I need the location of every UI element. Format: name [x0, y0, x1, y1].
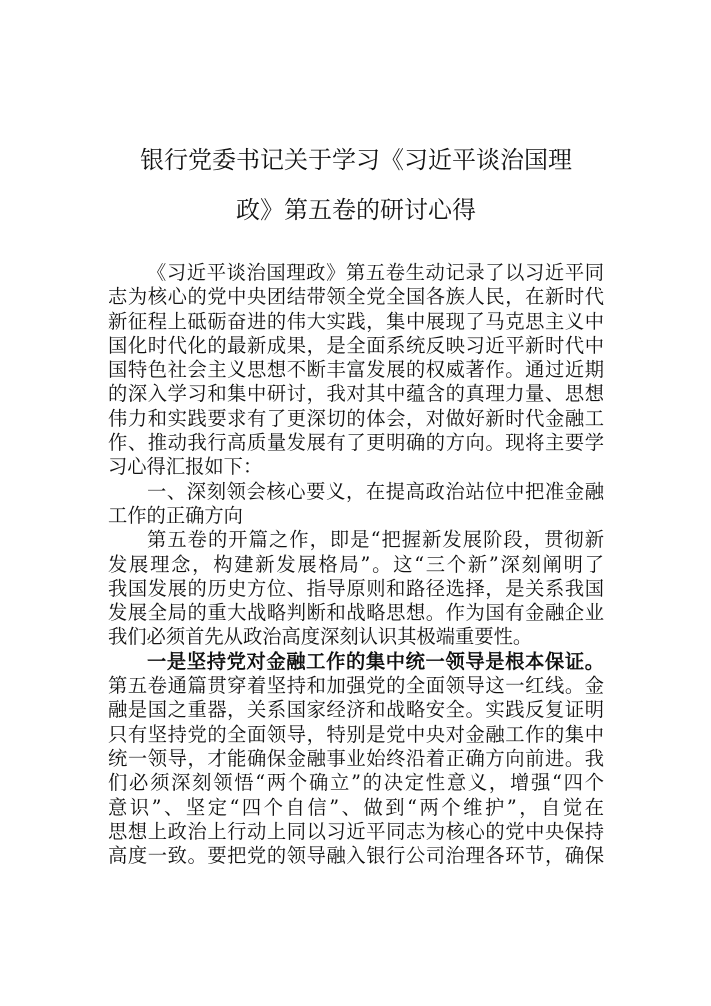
paragraph-line: 习心得汇报如下： [108, 455, 604, 479]
paragraph-line: 融是国之重器，关系国家经济和战略安全。实践反复证明 [108, 698, 604, 722]
paragraph-line: 第五卷的开篇之作，即是“把握新发展阶段，贯彻新 [108, 528, 604, 552]
document-body: 《习近平谈治国理政》第五卷生动记录了以习近平同志为核心的党中央团结带领全党全国各… [108, 261, 604, 868]
paragraph-line: 《习近平谈治国理政》第五卷生动记录了以习近平同 [108, 261, 604, 285]
paragraph-line: 发展全局的重大战略判断和战略思想。作为国有金融企业 [108, 601, 604, 625]
bold-lead-sentence: 一是坚持党对金融工作的集中统一领导是根本保证。 [108, 650, 604, 674]
paragraph-line: 们必须深刻领悟“两个确立”的决定性意义，增强“四个 [108, 771, 604, 795]
paragraph-line: 新征程上砥砺奋进的伟大实践，集中展现了马克思主义中 [108, 310, 604, 334]
paragraph-line: 发展理念，构建新发展格局”。这“三个新”深刻阐明了 [108, 553, 604, 577]
paragraph-line: 高度一致。要把党的领导融入银行公司治理各环节，确保 [108, 844, 604, 868]
paragraph-line: 作、推动我行高质量发展有了更明确的方向。现将主要学 [108, 431, 604, 455]
paragraph-line: 伟力和实践要求有了更深切的体会，对做好新时代金融工 [108, 407, 604, 431]
paragraph-line: 的深入学习和集中研讨，我对其中蕴含的真理力量、思想 [108, 382, 604, 406]
document-title-line-2: 政》第五卷的研讨心得 [108, 195, 604, 225]
paragraph-line: 我国发展的历史方位、指导原则和路径选择，是关系我国 [108, 577, 604, 601]
section-heading-line: 一、深刻领会核心要义，在提高政治站位中把准金融 [108, 480, 604, 504]
paragraph-line: 思想上政治上行动上同以习近平同志为核心的党中央保持 [108, 820, 604, 844]
paragraph-line: 志为核心的党中央团结带领全党全国各族人民，在新时代 [108, 285, 604, 309]
paragraph-line: 只有坚持党的全面领导，特别是党中央对金融工作的集中 [108, 723, 604, 747]
paragraph-line: 第五卷通篇贯穿着坚持和加强党的全面领导这一红线。金 [108, 674, 604, 698]
paragraph-line: 我们必须首先从政治高度深刻认识其极端重要性。 [108, 625, 604, 649]
paragraph-line: 统一领导，才能确保金融事业始终沿着正确方向前进。我 [108, 747, 604, 771]
paragraph-line: 意识”、坚定“四个自信”、做到“两个维护”，自觉在 [108, 796, 604, 820]
paragraph-line: 国特色社会主义思想不断丰富发展的权威著作。通过近期 [108, 358, 604, 382]
paragraph-line: 国化时代化的最新成果，是全面系统反映习近平新时代中 [108, 334, 604, 358]
document-page: 银行党委书记关于学习《习近平谈治国理 政》第五卷的研讨心得 《习近平谈治国理政》… [0, 0, 711, 1006]
section-heading-line: 工作的正确方向 [108, 504, 604, 528]
document-title-line-1: 银行党委书记关于学习《习近平谈治国理 [108, 145, 604, 175]
